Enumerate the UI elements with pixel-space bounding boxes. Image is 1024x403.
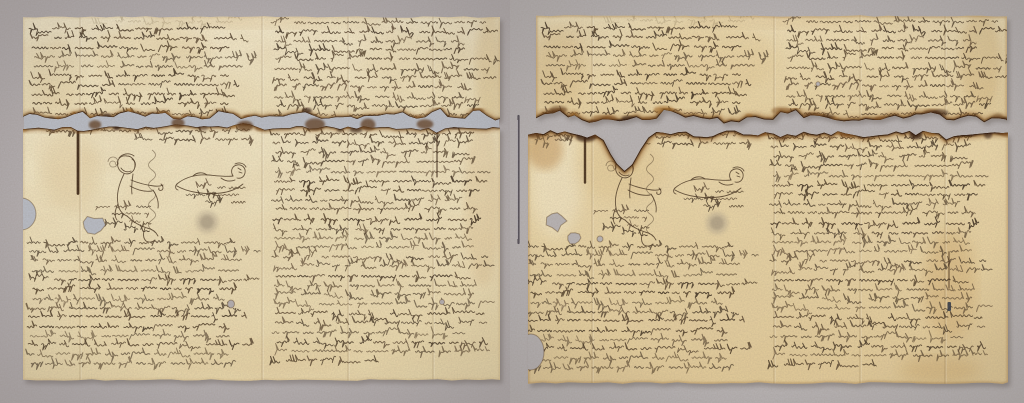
photo-grain-overlay <box>0 0 1024 403</box>
two-photo-composite <box>0 0 1024 403</box>
scene-canvas <box>0 0 1024 403</box>
